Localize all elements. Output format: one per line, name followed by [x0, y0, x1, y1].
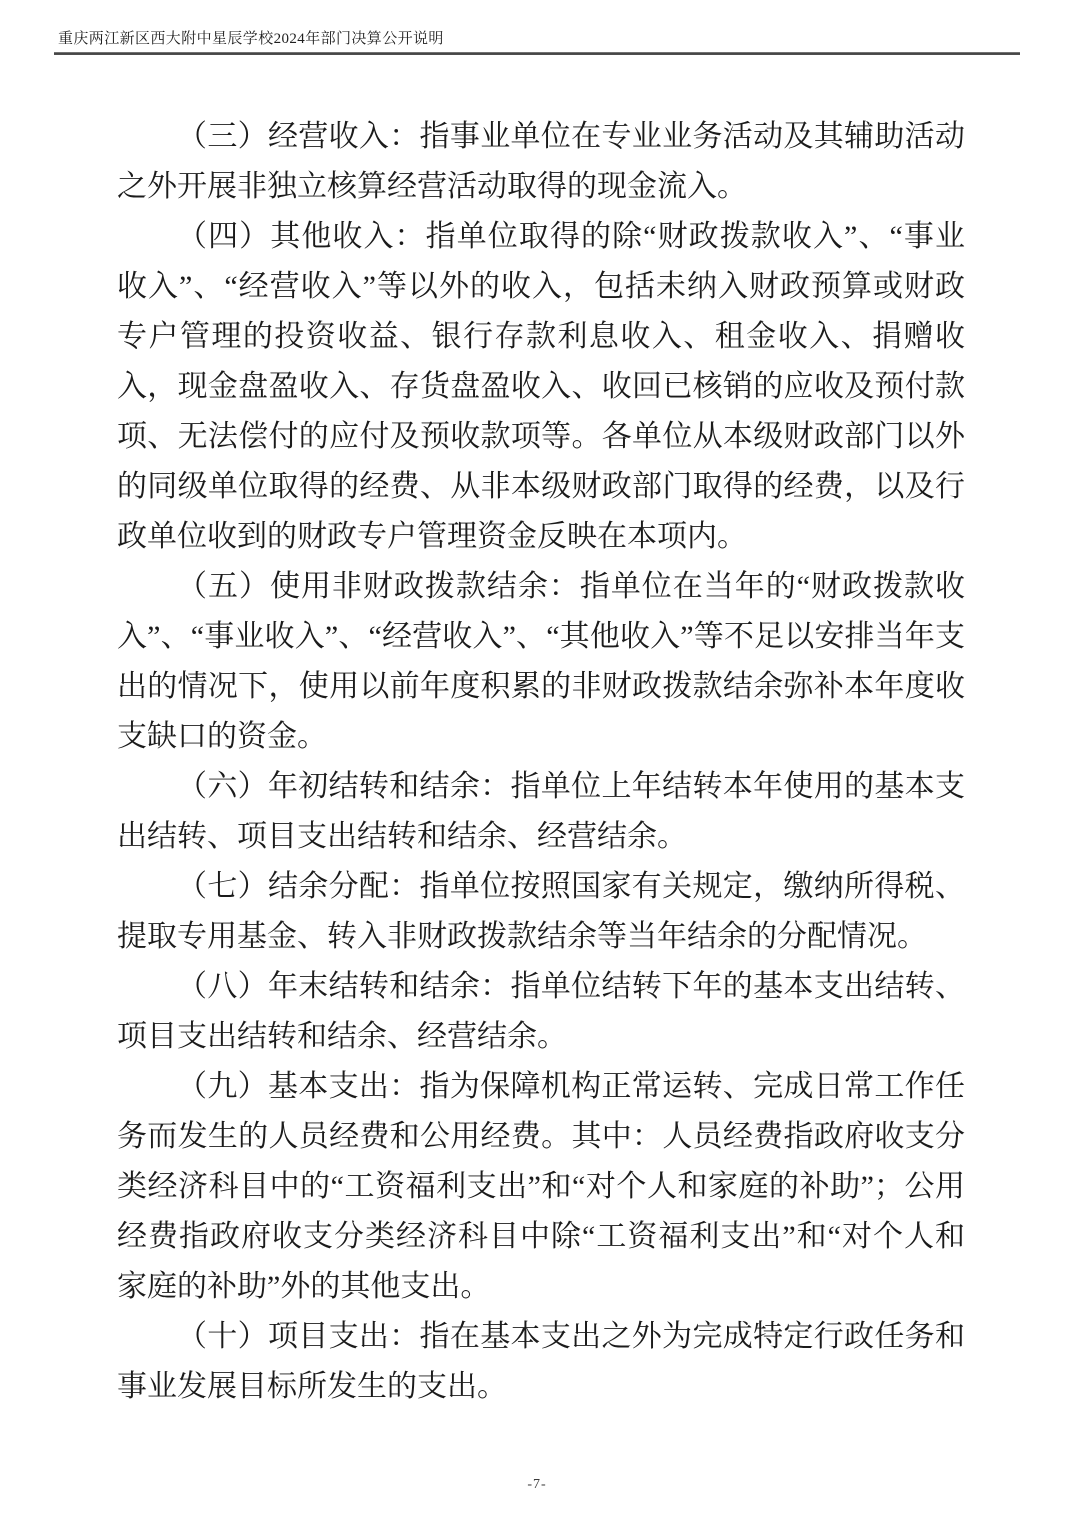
page-footer: -7- [0, 1477, 1074, 1493]
page-number: -7- [527, 1477, 546, 1492]
header-rule [54, 52, 1020, 55]
paragraph-basic-expenditure: （九）基本支出：指为保障机构正常运转、完成日常工作任务而发生的人员经费和公用经费… [117, 1062, 965, 1312]
paragraph-beginning-carryover: （六）年初结转和结余：指单位上年结转本年使用的基本支出结转、项目支出结转和结余、… [117, 762, 965, 862]
document-page: 重庆两江新区西大附中星辰学校2024年部门决算公开说明 （三）经营收入：指事业单… [0, 0, 1074, 1520]
document-body: （三）经营收入：指事业单位在专业业务活动及其辅助活动之外开展非独立核算经营活动取… [117, 112, 965, 1412]
paragraph-non-fiscal-carryover-use: （五）使用非财政拨款结余：指单位在当年的“财政拨款收入”、“事业收入”、“经营收… [117, 562, 965, 762]
paragraph-project-expenditure: （十）项目支出：指在基本支出之外为完成特定行政任务和事业发展目标所发生的支出。 [117, 1312, 965, 1412]
paragraph-other-revenue: （四）其他收入：指单位取得的除“财政拨款收入”、“事业收入”、“经营收入”等以外… [117, 212, 965, 562]
paragraph-operating-revenue: （三）经营收入：指事业单位在专业业务活动及其辅助活动之外开展非独立核算经营活动取… [117, 112, 965, 212]
paragraph-surplus-distribution: （七）结余分配：指单位按照国家有关规定，缴纳所得税、提取专用基金、转入非财政拨款… [117, 862, 965, 962]
header-title: 重庆两江新区西大附中星辰学校2024年部门决算公开说明 [58, 27, 444, 48]
paragraph-yearend-carryover: （八）年末结转和结余：指单位结转下年的基本支出结转、项目支出结转和结余、经营结余… [117, 962, 965, 1062]
